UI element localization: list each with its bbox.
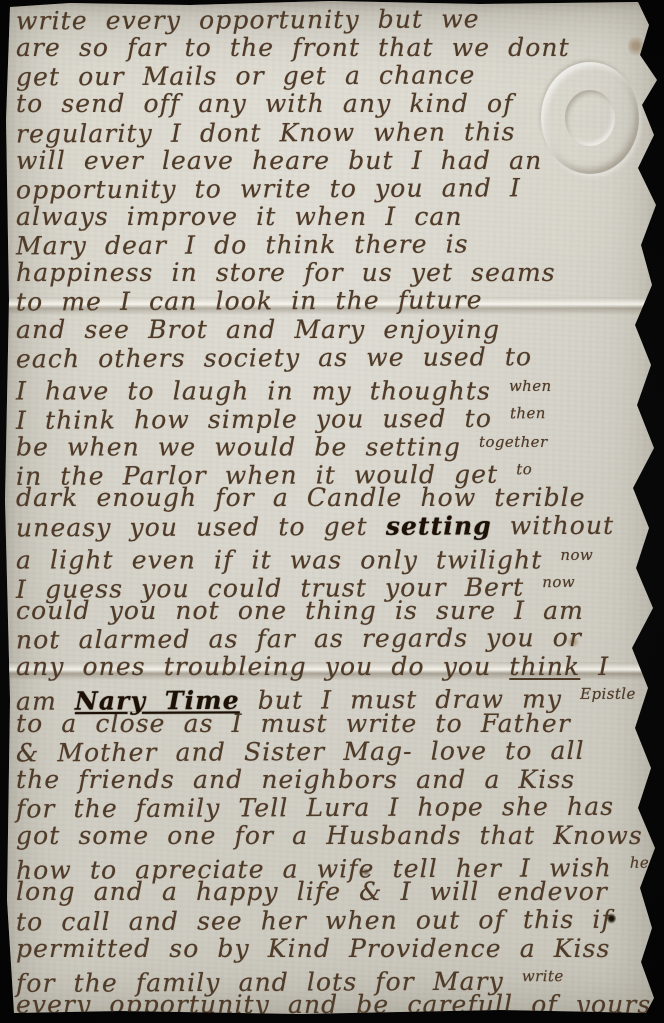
letter-line: in the Parlor when it would get to [16,455,652,486]
letter-line: for the family and lots for Mary write [16,961,652,992]
letter-line: always improve it when I can [16,203,652,231]
letter-line: any ones troubleing you do you think I [16,653,652,681]
letter-line: opportunity to write to you and I [16,173,652,204]
letter-line: the friends and neighbors and a Kiss [16,766,652,794]
letter-lines: write every opportunity but weare so far… [16,6,652,1019]
letter-line: and see Brot and Mary enjoying [16,316,652,344]
letter-line: are so far to the front that we dont [16,34,652,62]
letter-line: how to apreciate a wife tell her I wish … [16,849,652,880]
letter-paper: write every opportunity but weare so far… [0,0,664,1023]
letter-line: to me I can look in the future [16,286,652,317]
letter-line: I have to laugh in my thoughts when [16,372,652,400]
letter-line: got some one for a Husbands that Knows [16,822,652,850]
letter-line: not alarmed as far as regards you or [16,624,652,655]
letter-line: get our Mails or get a chance [16,61,652,92]
letter-line: am Nary Time but I must draw my Epistle [16,680,652,711]
letter-line: write every opportunity but we [16,5,652,36]
letter-line: I guess you could trust your Bert now [16,567,652,598]
letter-line: will ever leave heare but I had an [16,147,652,175]
letter-line: uneasy you used to get setting without [16,511,652,542]
letter-line: regularity I dont Know when this [16,117,652,148]
letter-line: for the family Tell Lura I hope she has [16,793,652,824]
letter-line: & Mother and Sister Mag- love to all [16,736,652,767]
letter-line: to call and see her when out of this if [16,905,652,936]
letter-line: I think how simple you used to then [16,399,652,430]
letter-line: each others society as we used to [16,342,652,373]
letter-line: permitted so by Kind Providence a Kiss [16,935,652,963]
letter-line: to send off any with any kind of [16,90,652,118]
letter-line: Mary dear I do think there is [16,230,652,261]
letter-line: a light even if it was only twilight now [16,541,652,569]
letter-line: happiness in store for us yet seams [16,259,652,287]
